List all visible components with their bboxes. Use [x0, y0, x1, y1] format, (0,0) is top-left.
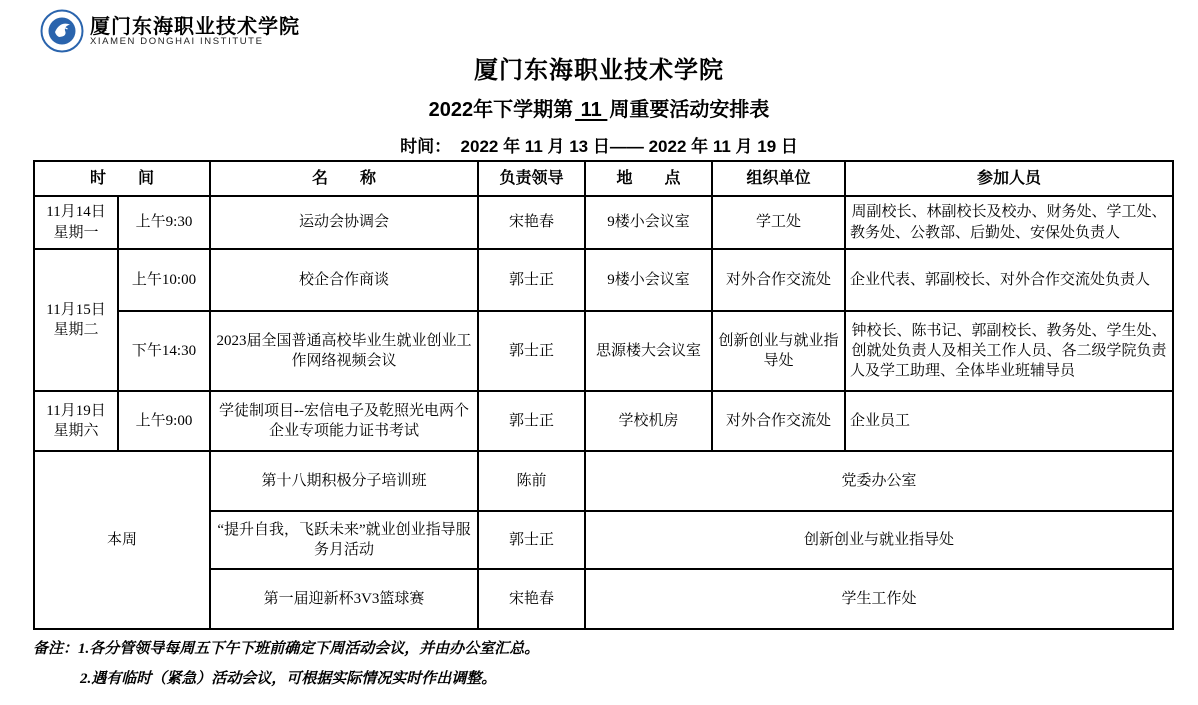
- cell-organizer: 创新创业与就业指导处: [712, 311, 845, 391]
- school-logo: 厦门东海职业技术学院 XIAMEN DONGHAI INSTITUTE: [40, 9, 300, 53]
- cell-date: 11月19日 星期六: [34, 391, 118, 451]
- cell-week-label: 本周: [34, 451, 210, 629]
- note-label: 备注：: [33, 641, 78, 657]
- document-page: 厦门东海职业技术学院 XIAMEN DONGHAI INSTITUTE 厦门东海…: [0, 0, 1198, 705]
- page-title: 厦门东海职业技术学院: [0, 50, 1198, 85]
- cell-participants: 企业代表、郭副校长、对外合作交流处负责人: [845, 249, 1173, 311]
- cell-leader: 郭士正: [478, 249, 585, 311]
- cell-location: 9楼小会议室: [585, 249, 712, 311]
- cell-leader: 宋艳春: [478, 569, 585, 629]
- cell-activity-name: 第十八期积极分子培训班: [210, 451, 478, 511]
- cell-activity-name: 学徒制项目--宏信电子及乾照光电两个企业专项能力证书考试: [210, 391, 478, 451]
- cell-location: 思源楼大会议室: [585, 311, 712, 391]
- footer-notes: 备注：1.各分管领导每周五下午下班前确定下周活动会议，并由办公室汇总。 2.遇有…: [33, 634, 539, 694]
- note-text-1: 1.各分管领导每周五下午下班前确定下周活动会议，并由办公室汇总。: [78, 641, 539, 657]
- cell-department: 党委办公室: [585, 451, 1173, 511]
- table-row: 下午14:30 2023届全国普通高校毕业生就业创业工作网络视频会议 郭士正 思…: [34, 311, 1173, 391]
- col-header-leader: 负责领导: [478, 161, 585, 196]
- logo-chinese-name: 厦门东海职业技术学院: [90, 16, 300, 37]
- col-header-place: 地 点: [585, 161, 712, 196]
- schedule-table: 时 间 名 称 负责领导 地 点 组织单位 参加人员 11月14日 星期一 上午…: [33, 160, 1174, 630]
- cell-participants: 企业员工: [845, 391, 1173, 451]
- school-logo-text: 厦门东海职业技术学院 XIAMEN DONGHAI INSTITUTE: [90, 16, 300, 47]
- col-header-name: 名 称: [210, 161, 478, 196]
- week-number: 11: [573, 99, 609, 121]
- cell-activity-name: 第一届迎新杯3V3篮球赛: [210, 569, 478, 629]
- cell-department: 学生工作处: [585, 569, 1173, 629]
- cell-leader: 郭士正: [478, 511, 585, 569]
- cell-organizer: 对外合作交流处: [712, 391, 845, 451]
- page-subtitle: 2022年下学期第 11 周重要活动安排表: [0, 93, 1198, 122]
- cell-leader: 郭士正: [478, 391, 585, 451]
- note-line-2: 2.遇有临时（紧急）活动会议，可根据实际情况实时作出调整。: [33, 664, 539, 694]
- table-row: 11月15日 星期二 上午10:00 校企合作商谈 郭士正 9楼小会议室 对外合…: [34, 249, 1173, 311]
- cell-leader: 郭士正: [478, 311, 585, 391]
- note-line-1: 备注：1.各分管领导每周五下午下班前确定下周活动会议，并由办公室汇总。: [33, 634, 539, 664]
- cell-activity-name: 运动会协调会: [210, 196, 478, 249]
- subtitle-prefix: 2022年下学期第: [429, 99, 574, 121]
- table-row: 11月19日 星期六 上午9:00 学徒制项目--宏信电子及乾照光电两个企业专项…: [34, 391, 1173, 451]
- table-header-row: 时 间 名 称 负责领导 地 点 组织单位 参加人员: [34, 161, 1173, 196]
- table-row: 11月14日 星期一 上午9:30 运动会协调会 宋艳春 9楼小会议室 学工处 …: [34, 196, 1173, 249]
- subtitle-suffix: 周重要活动安排表: [609, 99, 769, 121]
- col-header-participants: 参加人员: [845, 161, 1173, 196]
- cell-location: 学校机房: [585, 391, 712, 451]
- cell-department: 创新创业与就业指导处: [585, 511, 1173, 569]
- cell-leader: 陈前: [478, 451, 585, 511]
- table-row: 本周 第十八期积极分子培训班 陈前 党委办公室: [34, 451, 1173, 511]
- cell-leader: 宋艳春: [478, 196, 585, 249]
- cell-date: 11月15日 星期二: [34, 249, 118, 391]
- cell-activity-name: 校企合作商谈: [210, 249, 478, 311]
- school-emblem-icon: [40, 9, 84, 53]
- date-range-line: 时间： 2022 年 11 月 13 日—— 2022 年 11 月 19 日: [0, 132, 1198, 157]
- cell-time: 上午10:00: [118, 249, 210, 311]
- cell-date: 11月14日 星期一: [34, 196, 118, 249]
- cell-location: 9楼小会议室: [585, 196, 712, 249]
- cell-organizer: 对外合作交流处: [712, 249, 845, 311]
- cell-time: 上午9:00: [118, 391, 210, 451]
- cell-participants: 钟校长、陈书记、郭副校长、教务处、学生处、创就处负责人及相关工作人员、各二级学院…: [845, 311, 1173, 391]
- col-header-organizer: 组织单位: [712, 161, 845, 196]
- logo-english-name: XIAMEN DONGHAI INSTITUTE: [90, 37, 300, 47]
- cell-participants: 周副校长、林副校长及校办、财务处、学工处、教务处、公教部、后勤处、安保处负责人: [845, 196, 1173, 249]
- col-header-time: 时 间: [34, 161, 210, 196]
- cell-time: 上午9:30: [118, 196, 210, 249]
- cell-organizer: 学工处: [712, 196, 845, 249]
- cell-activity-name: 2023届全国普通高校毕业生就业创业工作网络视频会议: [210, 311, 478, 391]
- note-text-2: 2.遇有临时（紧急）活动会议，可根据实际情况实时作出调整。: [80, 671, 496, 687]
- cell-activity-name: “提升自我，飞跃未来”就业创业指导服务月活动: [210, 511, 478, 569]
- cell-time: 下午14:30: [118, 311, 210, 391]
